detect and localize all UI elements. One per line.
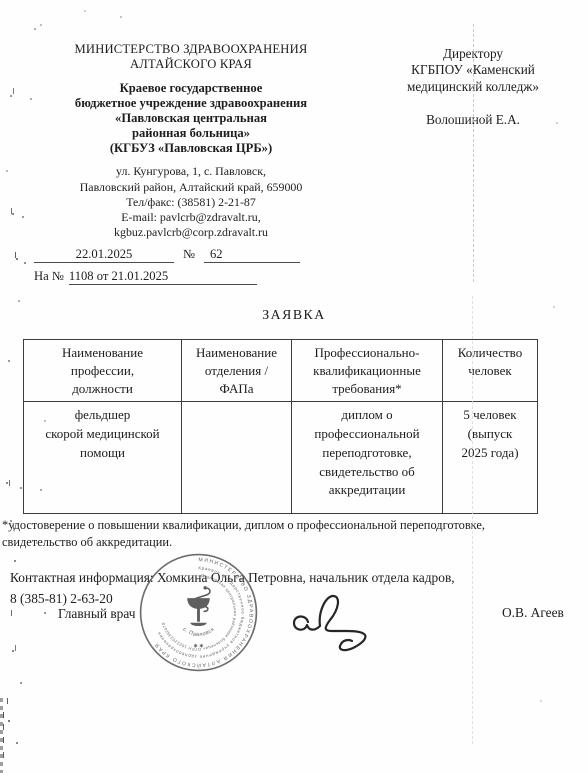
scan-edge-artifact (0, 698, 3, 773)
handwritten-signature (281, 576, 395, 666)
scan-noise-ticks (0, 0, 1, 6)
date-number-line: 22.01.2025 № 62 (34, 247, 348, 263)
sender-block: МИНИСТЕРСТВО ЗДРАВООХРАНЕНИЯ АЛТАЙСКОГО … (34, 42, 348, 285)
signatory-name: О.В. Агеев (502, 605, 564, 621)
col-header-requirements: Профессионально- квалификационные требов… (292, 340, 443, 402)
scanned-document-page: МИНИСТЕРСТВО ЗДРАВООХРАНЕНИЯ АЛТАЙСКОГО … (0, 0, 588, 773)
document-title: ЗАЯВКА (0, 307, 588, 323)
organization-name: Краевое государственное бюджетное учрежд… (34, 81, 348, 157)
bowl-of-hygieia-icon (187, 586, 210, 626)
number-sign: № (174, 247, 204, 263)
col-header-quantity: Количество человек (443, 340, 538, 402)
reference-label: На № (34, 269, 69, 285)
table-header-row: Наименование профессии, должности Наимен… (24, 340, 538, 402)
svg-text:с. Павловск: с. Павловск (181, 626, 215, 638)
round-stamp: МИНИСТЕРСТВО ЗДРАВООХРАНЕНИЯ АЛТАЙСКОГО … (137, 551, 260, 674)
cell-department (182, 402, 292, 514)
request-table: Наименование профессии, должности Наимен… (23, 339, 538, 514)
cell-quantity: 5 человек (выпуск 2025 года) (443, 402, 538, 514)
fold-crease-bottom (472, 296, 473, 744)
cell-profession: фельдшер скорой медицинской помощи (24, 402, 182, 514)
ministry-name: МИНИСТЕРСТВО ЗДРАВООХРАНЕНИЯ АЛТАЙСКОГО … (34, 42, 348, 72)
stamp-place-text: с. Павловск (181, 626, 215, 638)
organization-address: ул. Кунгурова, 1, с. Павловск, Павловски… (34, 164, 348, 240)
fold-crease-top (473, 24, 474, 282)
letterhead: МИНИСТЕРСТВО ЗДРАВООХРАНЕНИЯ АЛТАЙСКОГО … (0, 0, 588, 285)
footnote: *удостоверение о повышении квалификации,… (2, 517, 570, 551)
col-header-department: Наименование отделения / ФАПа (182, 340, 292, 402)
document-date: 22.01.2025 (34, 247, 174, 263)
reference-line: На № 1108 от 21.01.2025 (34, 269, 348, 285)
col-header-profession: Наименование профессии, должности (24, 340, 182, 402)
table-row: фельдшер скорой медицинской помощи дипло… (24, 402, 538, 514)
stamp-stars: ✱ ✱ (194, 643, 204, 649)
document-number: 62 (204, 247, 300, 263)
cell-requirements: диплом о профессиональной переподготовке… (292, 402, 443, 514)
reference-value: 1108 от 21.01.2025 (69, 269, 257, 285)
signatory-position: Главный врач (58, 606, 136, 622)
